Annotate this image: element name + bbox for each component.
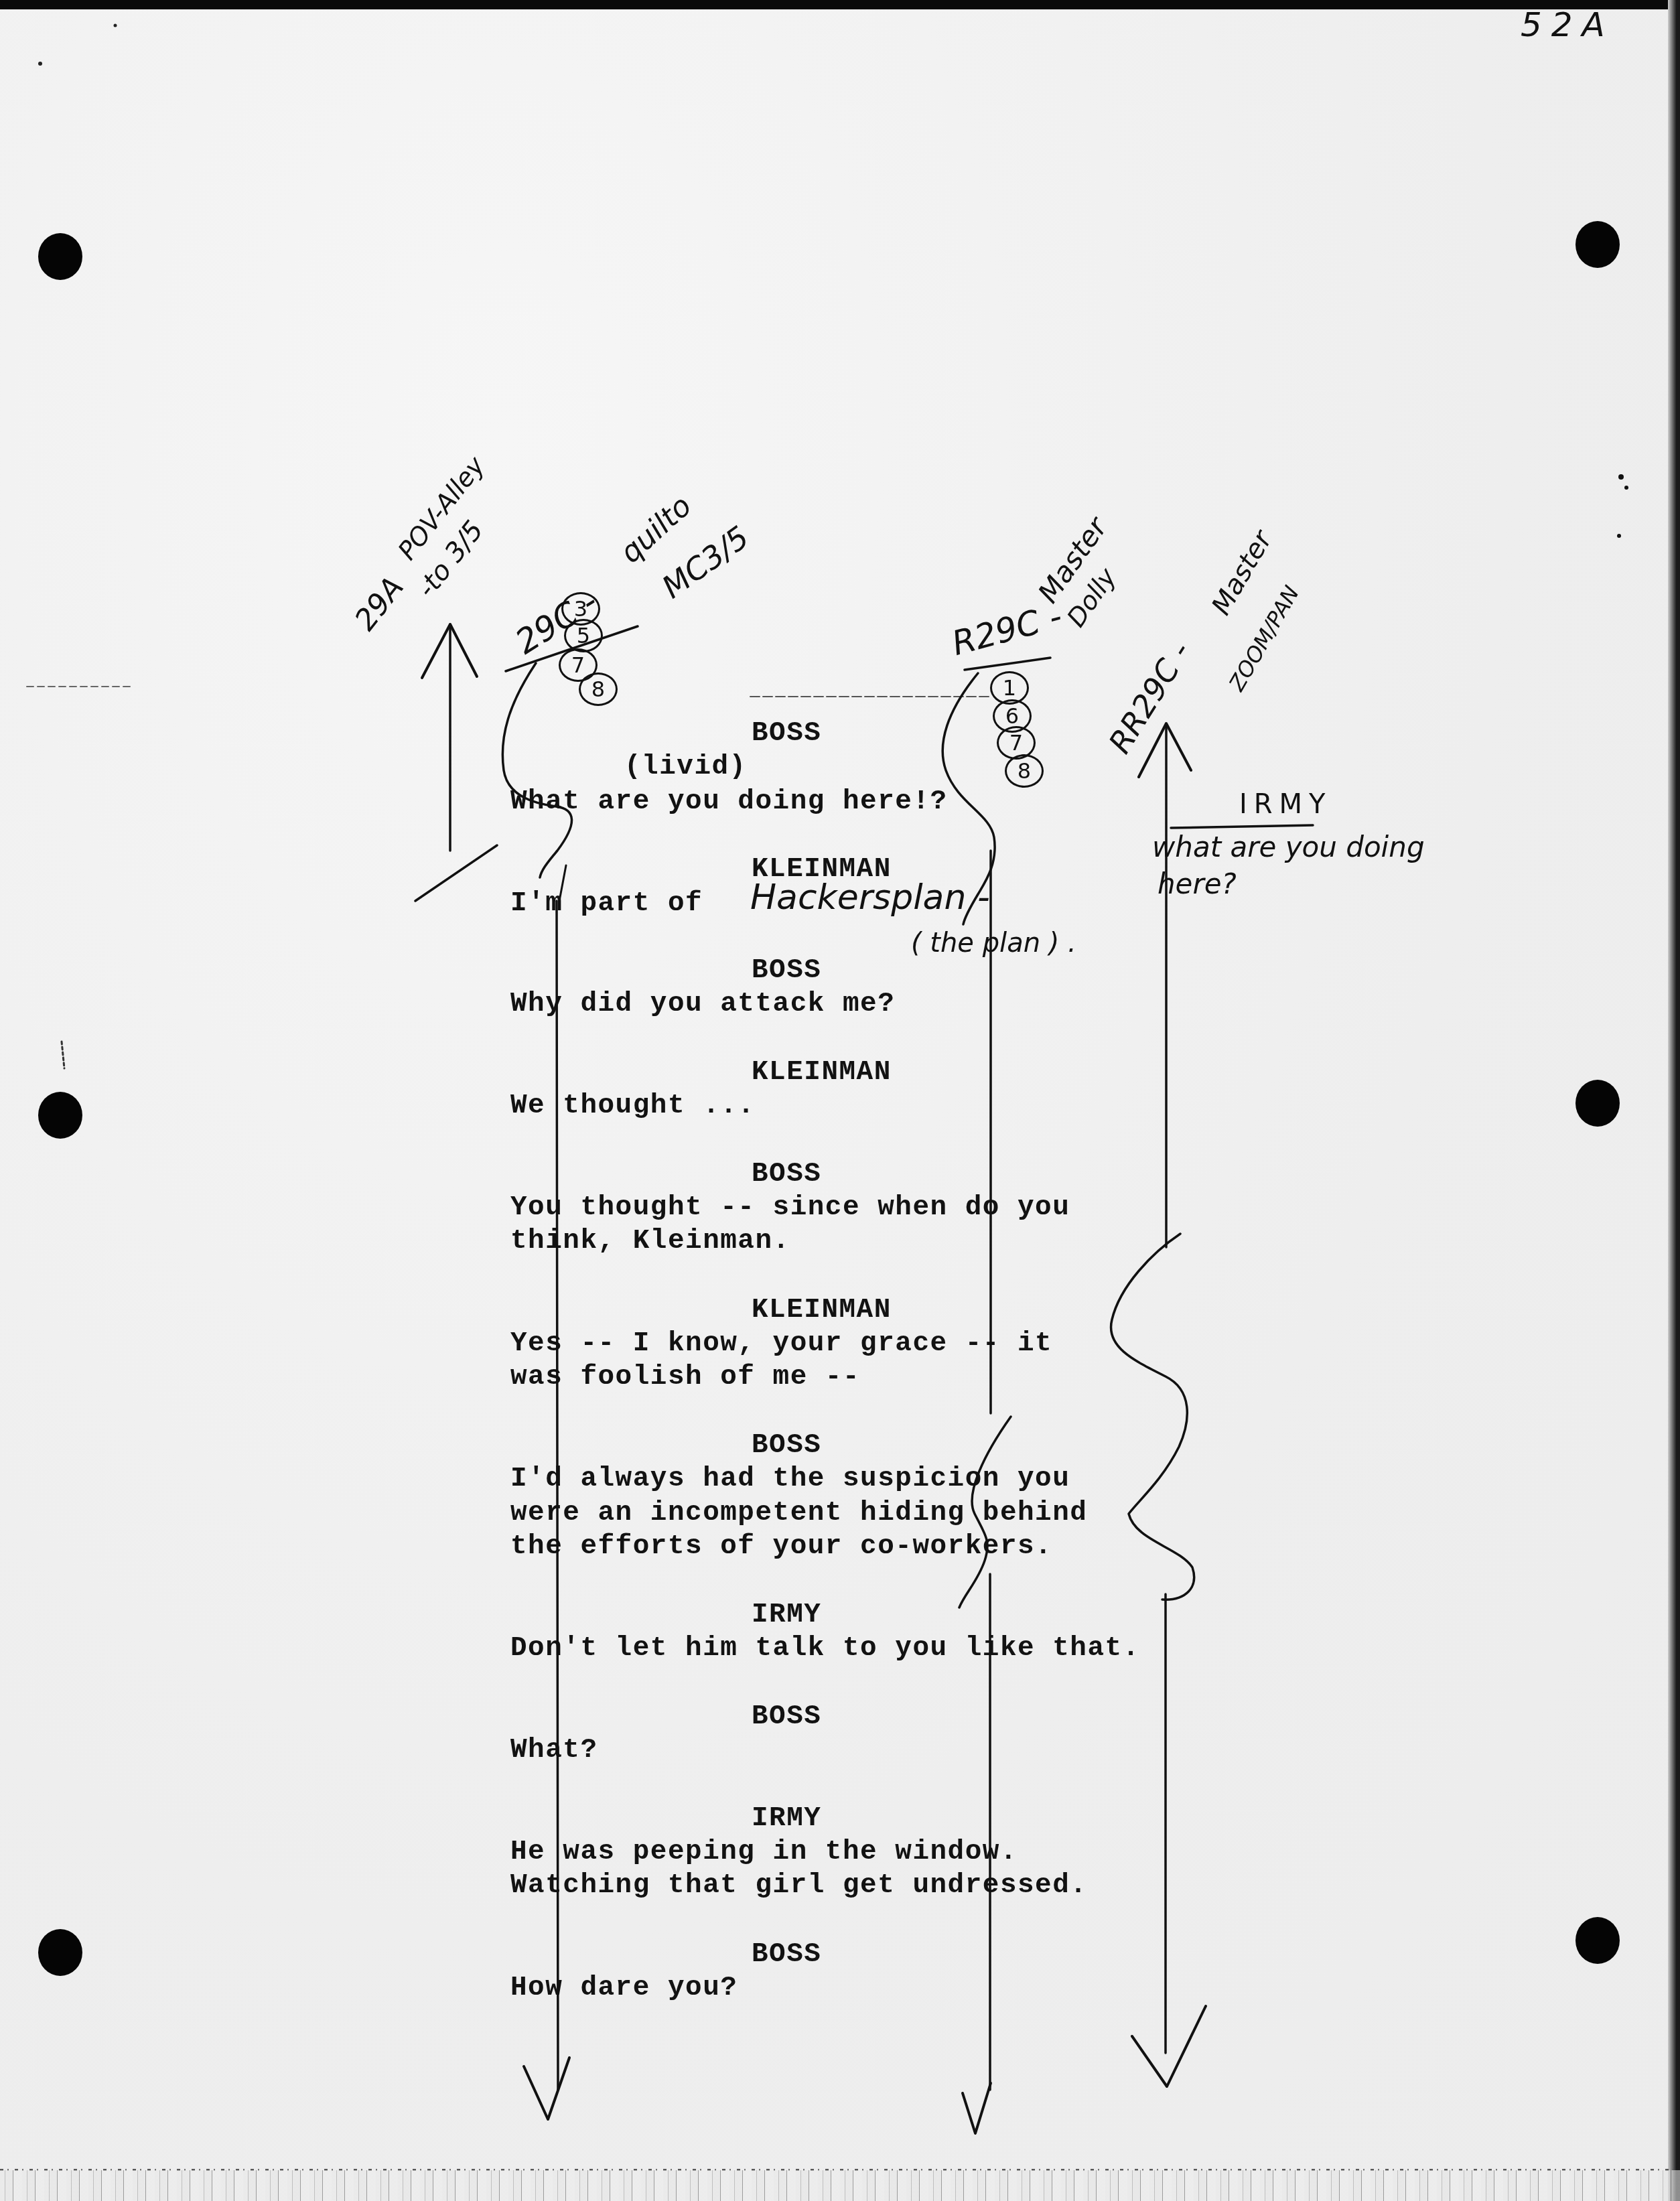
scan-speck (1618, 474, 1624, 480)
setup-29C-squiggle (502, 663, 571, 877)
setup-29A-end-tick (415, 845, 497, 901)
arrow-down-icon (963, 2083, 991, 2133)
scan-speck (38, 62, 42, 66)
setup-R29C-break-squiggle (959, 1417, 1011, 1608)
setup-29C-underline (506, 626, 638, 671)
added-cue-underline (1171, 825, 1313, 828)
scanned-script-page: 52A BOSS (livid) What are you doing here… (0, 0, 1680, 2201)
scan-speck (114, 24, 117, 27)
arrow-down-icon (524, 2058, 569, 2119)
scan-speck (1617, 534, 1621, 538)
scan-speck (1624, 486, 1628, 490)
coverage-lines (0, 0, 1680, 2201)
scan-speck (62, 1042, 64, 1068)
setup-29C-line (557, 901, 558, 2090)
setup-RR29C-squiggle (1111, 1234, 1194, 1600)
arrow-down-icon (1132, 2006, 1206, 2086)
arrow-up-icon (1139, 723, 1191, 777)
setup-R29C-squiggle (942, 673, 995, 924)
setup-R29C-underline (965, 658, 1050, 670)
